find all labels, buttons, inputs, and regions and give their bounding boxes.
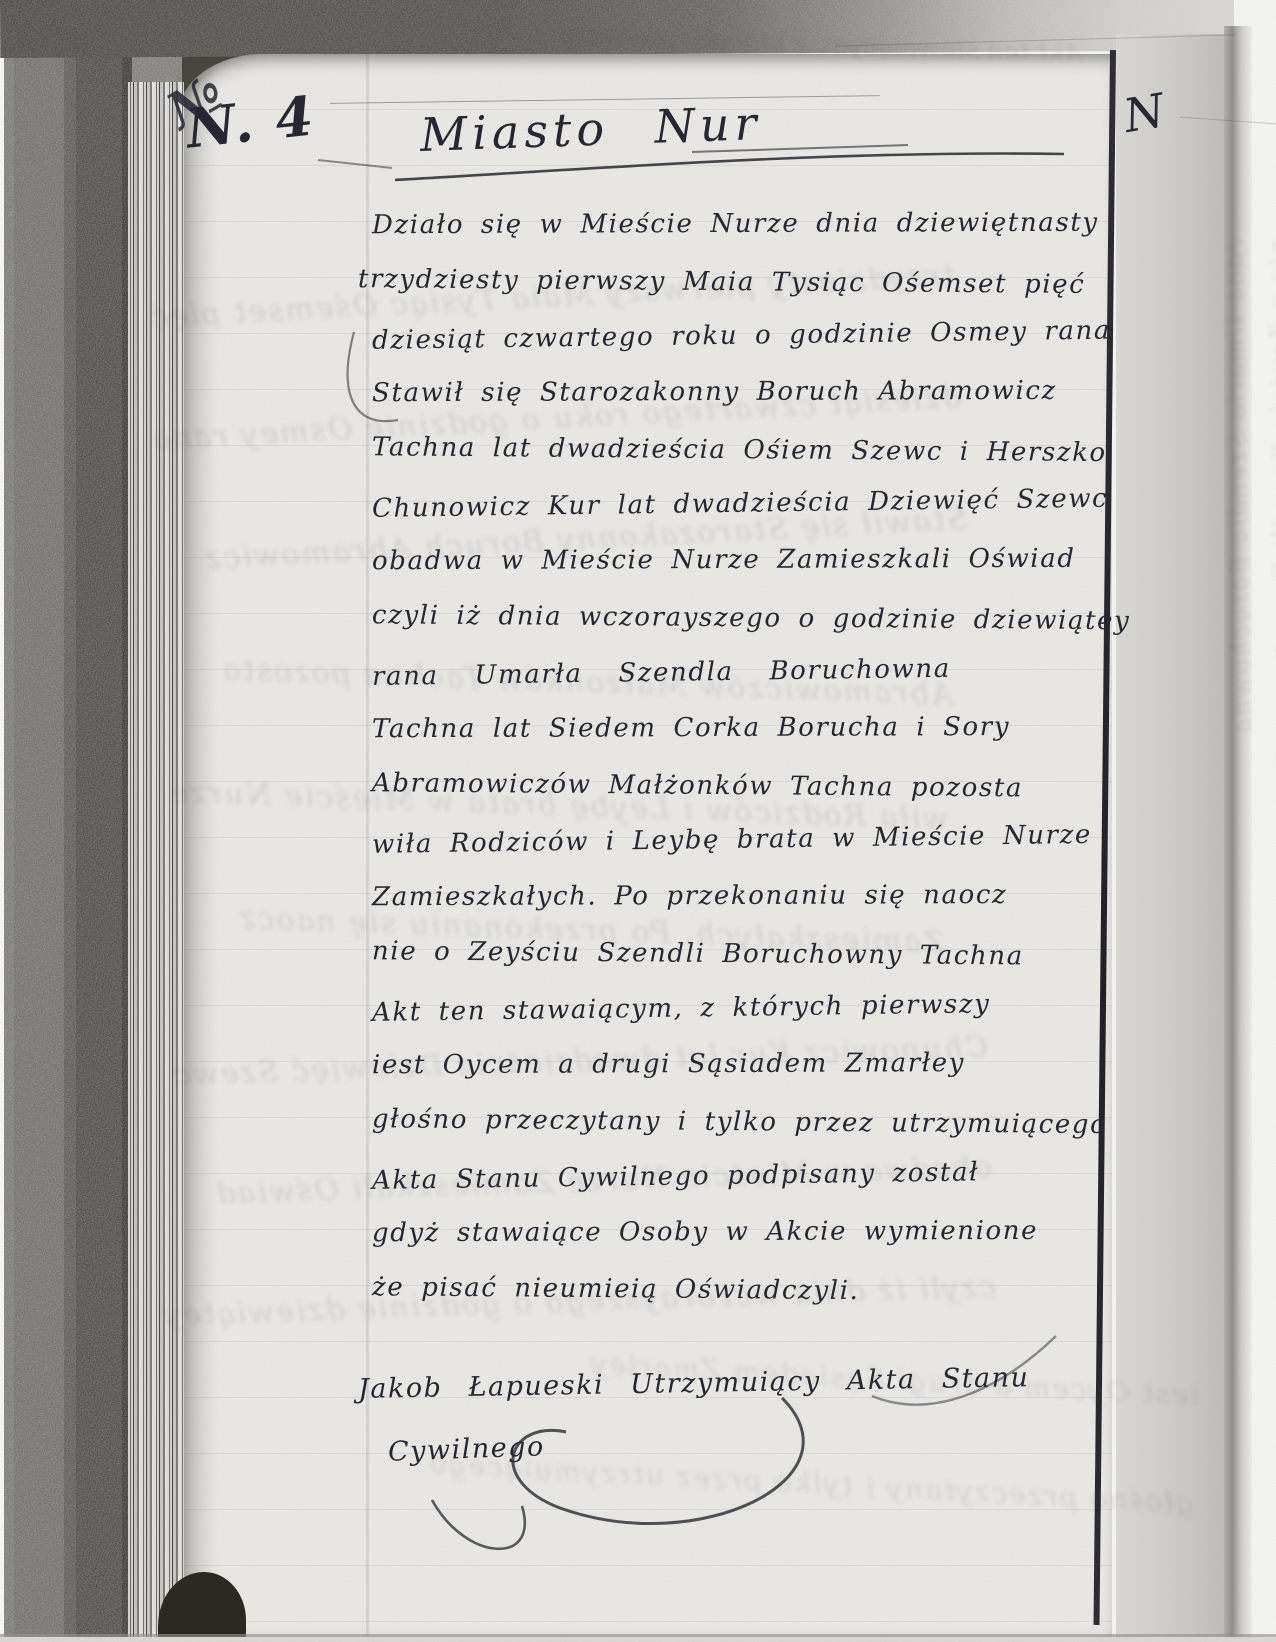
signature-line: Cywilnego — [388, 1431, 546, 1467]
manuscript-line: Akta Stanu Cywilnego podpisany został — [372, 1143, 1073, 1209]
manuscript-line: Stawił się Starozakonny Boruch Abramowic… — [372, 363, 1072, 421]
page-edge-stack — [128, 82, 184, 1642]
top-edge-grain-texture — [0, 0, 1234, 58]
manuscript-line: wiła Rodziców i Leybę brata w Mieście Nu… — [372, 807, 1073, 873]
manuscript-body: Działo się w Mieście Nurze dnia dziewięt… — [372, 196, 1072, 1316]
manuscript-line: czyli iż dnia wczorayszego o godzinie dz… — [372, 587, 1072, 648]
neighbor-page-edge — [1224, 26, 1252, 1642]
manuscript-line: iest Oycem a drugi Sąsiadem Zmarłey — [372, 1035, 1072, 1093]
manuscript-line: dziesiąt czwartego roku o godzinie Osmey… — [372, 303, 1073, 369]
record-number: N. 4 — [183, 83, 318, 160]
manuscript-line: Abramowiczów Małżonków Tachna pozosta — [372, 755, 1072, 816]
manuscript-line: że pisać nieumieią Oświadczyli. — [372, 1259, 1072, 1320]
manuscript-line: Działo się w Mieście Nurze dnia dziewięt… — [372, 195, 1072, 253]
book-top-edge — [0, 0, 1234, 58]
manuscript-line: Chunowicz Kur lat dwadzieścia Dziewięć S… — [372, 471, 1073, 537]
scan-bottom-strip — [0, 1637, 1276, 1642]
manuscript-line: Zamieszkałych. Po przekonaniu się naocz — [372, 867, 1072, 925]
manuscript-line: Tachna lat Siedem Corka Borucha i Sory — [372, 699, 1072, 757]
manuscript-line: głośno przeczytany i tylko przez utrzymu… — [372, 1091, 1072, 1152]
manuscript-line: rana Umarła Szendla Boruchowna — [372, 639, 1073, 705]
manuscript-scan: trzydziesty pierwszy Maia Tysiąc Ośemset… — [0, 0, 1276, 1642]
manuscript-line: Akt ten stawaiącym, z których pierwszy — [372, 975, 1073, 1041]
manuscript-line: Tachna lat dwadzieścia Ośiem Szewc i Her… — [372, 419, 1072, 480]
manuscript-line: nie o Zeyściu Szendli Boruchowny Tachna — [372, 923, 1072, 984]
neighbor-page-strip — [1116, 34, 1226, 1642]
manuscript-line: obadwa w Mieście Nurze Zamieszkali Oświa… — [372, 531, 1072, 589]
manuscript-line: gdyż stawaiące Osoby w Akcie wymienione — [372, 1203, 1072, 1261]
manuscript-line: trzydziesty pierwszy Maia Tysiąc Ośemset… — [358, 251, 1072, 313]
